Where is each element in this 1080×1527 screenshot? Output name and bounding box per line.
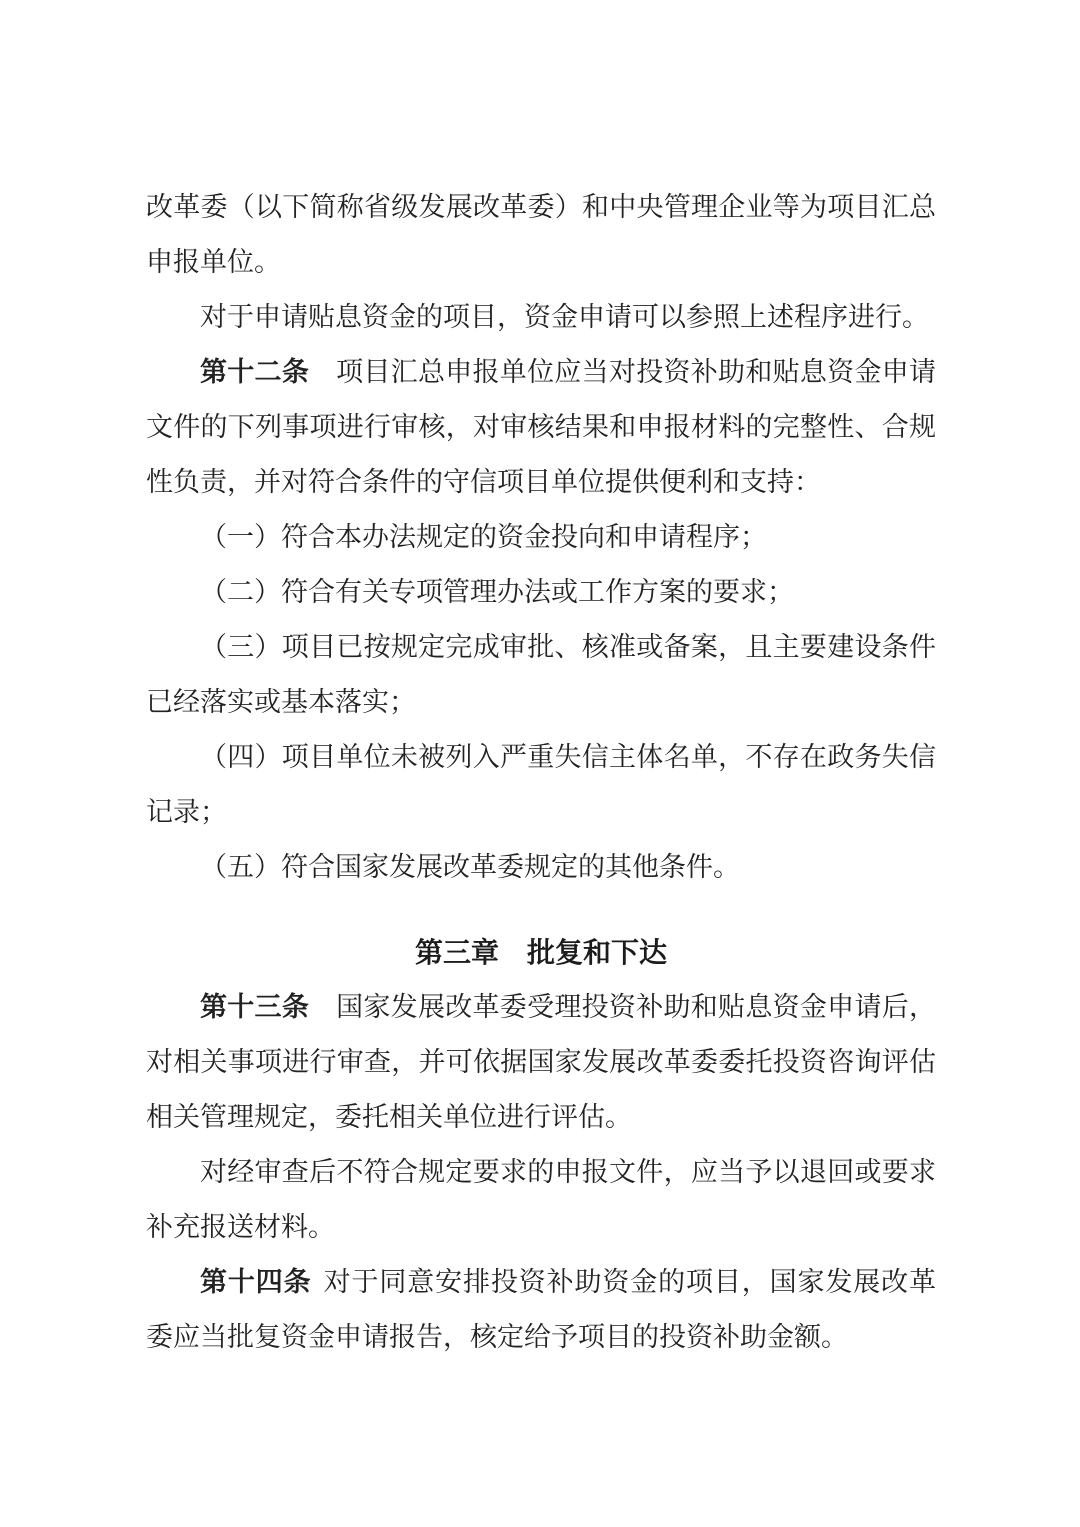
article-13-number: 第十三条 <box>200 992 309 1022</box>
article-14-number: 第十四条 <box>200 1267 312 1297</box>
paragraph-continuation: 改革委（以下简称省级发展改革委）和中央管理企业等为项目汇总申报单位。 <box>146 180 936 290</box>
paragraph-article-13: 第十三条国家发展改革委受理投资补助和贴息资金申请后，对相关事项进行审查，并可依据… <box>146 980 936 1145</box>
paragraph-item-5: （五）符合国家发展改革委规定的其他条件。 <box>146 840 936 895</box>
document-content: 改革委（以下简称省级发展改革委）和中央管理企业等为项目汇总申报单位。 对于申请贴… <box>146 180 936 1365</box>
paragraph-interest-subsidy-note: 对于申请贴息资金的项目，资金申请可以参照上述程序进行。 <box>146 290 936 345</box>
chapter-3-heading: 第三章 批复和下达 <box>146 925 936 980</box>
paragraph-item-1: （一）符合本办法规定的资金投向和申请程序； <box>146 510 936 565</box>
paragraph-item-3: （三）项目已按规定完成审批、核准或备案，且主要建设条件已经落实或基本落实； <box>146 620 936 730</box>
paragraph-review-return: 对经审查后不符合规定要求的申报文件，应当予以退回或要求补充报送材料。 <box>146 1145 936 1255</box>
document-page: 改革委（以下简称省级发展改革委）和中央管理企业等为项目汇总申报单位。 对于申请贴… <box>0 0 1080 1527</box>
article-12-number: 第十二条 <box>200 357 309 387</box>
paragraph-article-14: 第十四条对于同意安排投资补助资金的项目，国家发展改革委应当批复资金申请报告，核定… <box>146 1255 936 1365</box>
paragraph-item-4: （四）项目单位未被列入严重失信主体名单，不存在政务失信记录； <box>146 730 936 840</box>
paragraph-item-2: （二）符合有关专项管理办法或工作方案的要求； <box>146 565 936 620</box>
paragraph-article-12: 第十二条项目汇总申报单位应当对投资补助和贴息资金申请文件的下列事项进行审核，对审… <box>146 345 936 510</box>
